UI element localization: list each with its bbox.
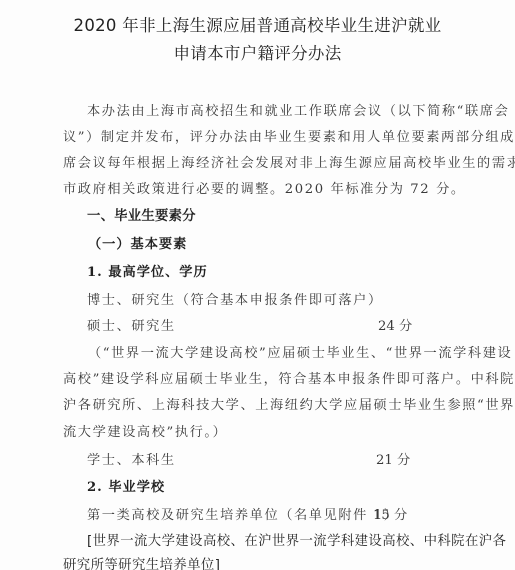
- degree-doctor: 博士、研究生（符合基本申报条件即可落户）: [87, 289, 383, 308]
- document-page: 2020 年非上海生源应届普通高校毕业生进沪就业 申请本市户籍评分办法 本办法由…: [0, 0, 515, 570]
- note-line-4: 流大学建设高校”执行。）: [63, 421, 227, 440]
- intro-line-2: 议”）制定并发布，评分办法由毕业生要素和用人单位要素两部分组成，联: [63, 126, 515, 145]
- school-tier1-score: 15 分: [373, 504, 407, 523]
- degree-master-score: 24 分: [378, 315, 412, 334]
- tier1-desc-line-1: [世界一流大学建设高校、在沪世界一流学科建设高校、中科院在沪各: [87, 530, 506, 549]
- degree-bachelor-score: 21 分: [376, 449, 410, 468]
- intro-line-4: 市政府相关政策进行必要的调整。2020 年标准分为 72 分。: [63, 178, 466, 197]
- degree-master: 硕士、研究生: [87, 315, 176, 334]
- degree-bachelor: 学士、本科生: [87, 449, 176, 468]
- document-title-line1: 2020 年非上海生源应届普通高校毕业生进沪就业: [0, 12, 515, 36]
- section-heading: 一、毕业生要素分: [87, 205, 196, 224]
- school-tier1: 第一类高校及研究生培养单位（名单见附件 1）: [87, 504, 399, 523]
- document-title-line2: 申请本市户籍评分办法: [0, 40, 515, 64]
- note-line-2: 高校”建设学科应届硕士毕业生，符合基本申报条件即可落户。中科院在: [63, 368, 515, 387]
- intro-line-1: 本办法由上海市高校招生和就业工作联席会议（以下简称“联席会: [87, 100, 509, 119]
- intro-line-3: 席会议每年根据上海经济社会发展对非上海生源应届高校毕业生的需求及: [63, 152, 515, 171]
- note-line-1: （“世界一流大学建设高校”应届硕士毕业生、“世界一流学科建设: [88, 342, 512, 361]
- item2-heading: 2. 毕业学校: [87, 476, 165, 495]
- item1-heading: 1. 最高学位、学历: [87, 261, 208, 280]
- subsection-heading: （一）基本要素: [88, 233, 187, 252]
- note-line-3: 沪各研究所、上海科技大学、上海纽约大学应届硕士毕业生参照“世界一: [63, 394, 515, 413]
- tier1-desc-line-2: 研究所等研究生培养单位]: [63, 554, 220, 570]
